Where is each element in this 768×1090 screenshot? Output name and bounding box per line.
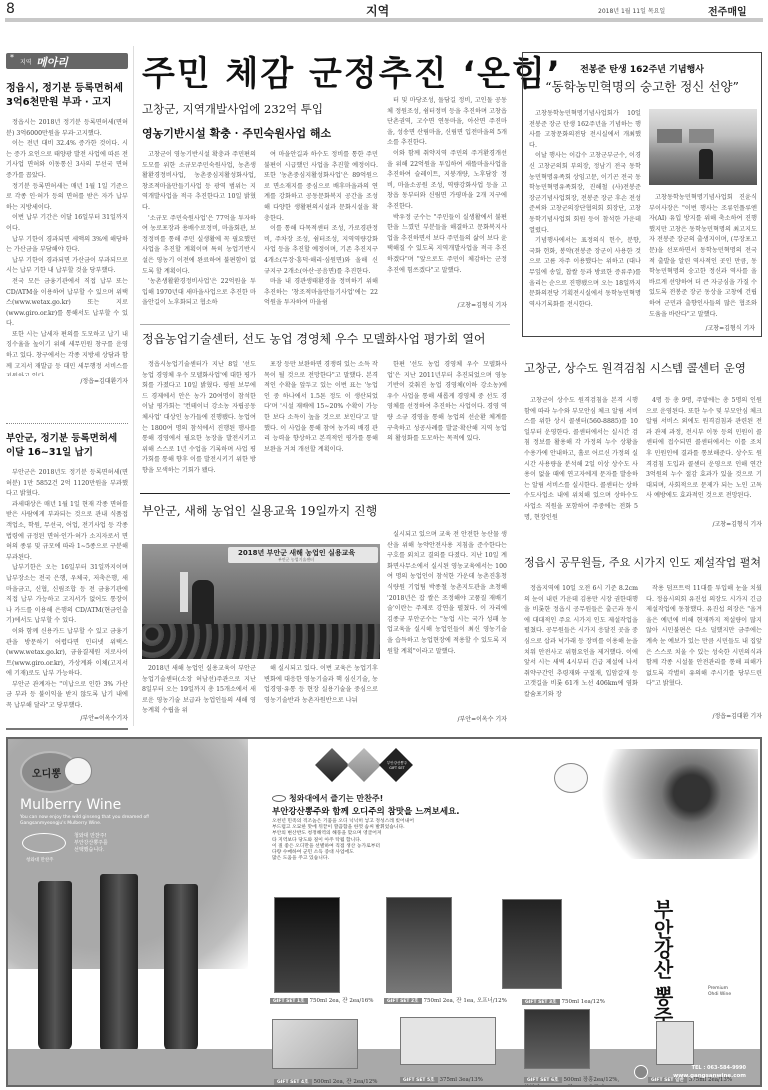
lecture-photo: 2018년 부안군 새해 농업인 실용교육 부안군 농업기술센터 [142,544,380,659]
gift-set-6-image [524,1009,590,1069]
boxed-byline: /고창=김형식 기자 [705,323,755,332]
event-banner: 2018년 부안군 새해 농업인 실용교육 부안군 농업기술센터 [228,547,378,563]
header-bar [5,18,763,22]
main-subhead-1: 고창군, 지역개발사업에 232억 투입 [142,101,323,117]
painting-2 [689,129,714,143]
boxed-col2: 고창동학농민혁명기념사업회 진윤식 부이사장은 "이번 행사는 조류인플루엔자(… [649,193,757,319]
brand-title: Mulberry Wine [20,797,121,813]
article-body: 정읍시는 2018년 정기분 등록면허세(면허분) 3억6000만원을 부과·고… [6,118,128,376]
phone-number: TEL : 063-584-9990 [692,1065,746,1071]
byline: /정읍=김대환기자 [6,376,128,385]
leaf-diamond-image [347,748,381,782]
main-article-col2: 여 마을안길과 하수도 정비를 통한 주민불편이 시급했던 사업을 추진할 예정… [264,150,378,308]
article-jeongeup-license-tax: 정읍시, 정기분 등록면허세 3억6천만원 부과 · 고지 정읍시는 2018년… [6,82,128,385]
section-title: 지역 [366,2,389,19]
boxed-col1: 고창동학농민혁명기념사업회가 10일 전봉준 장군 탄생 162주년을 기념하는… [529,109,641,327]
headline: 정읍시, 정기분 등록면허세 3억6천만원 부과 · 고지 [6,82,128,110]
jeongeup-tech-headline: 정읍농업기술센터, 선도 농업 경영체 우수 모델화사업 평가회 열어 [142,330,486,347]
mascot-character [554,763,588,793]
flag [180,572,188,612]
column-label-prefix: 지역 [20,57,32,66]
gift-set-4-label: GIFT SET 4호500ml 2ea, 잔 2ea/12% [274,1077,377,1085]
gift-set-2-image [386,897,452,993]
banner-subtext: 부안군 농업기술센터 [278,557,314,563]
mulberry-image [592,749,758,859]
painting-1 [657,129,682,143]
company-emblem-icon [634,1065,648,1079]
ad-headline-2: 부안강산뽕주와 함께 오디주의 참맛을 느껴보세요. [272,805,460,817]
divider [6,423,128,424]
gift-set-1-image [274,897,340,993]
mulberry-diamond-image [315,748,349,782]
diamond-label: 부안강산뽕주 GIFT SET [378,761,416,771]
buan-edu-headline: 부안군, 새해 농업인 실용교육 19일까지 진행 [142,502,377,519]
gift-set-3-image [502,899,562,989]
main-article-col1: 고창군이 영농기반시설 확충과 주민편의도모를 위한 소규모주민숙원사업, 농촌… [142,150,256,308]
jeongeup-tech-col1: 정읍시농업기술센터가 지난 8일 '선도 농업 경영체 우수 모델화사업'에 대… [142,360,256,486]
gift-set-6-label: GIFT SET 6호500ml 장흥2ea/12%, 복분자1ea/13%, … [524,1075,624,1087]
boxed-headline: “동학농민혁명의 숭고한 정신 선양” [523,77,761,95]
column-label-title: 메아리 [36,54,68,70]
ad-headline-1: 청와대에서 즐기는 만찬주! [272,793,383,804]
lecturer [192,580,214,628]
buan-edu-col2: 해 실시되고 있다. 이번 교육은 농업기후변화에 대응한 영농기술과 핵 심신… [264,664,378,724]
ceremony-photo [649,109,757,185]
blue-house-label: 청와대 만찬주 [26,857,54,863]
byline: /부안=이옥수기자 [6,713,128,722]
tagline-1: You can now enjoy the wild ginseng that … [20,815,150,820]
section-rule [140,493,510,494]
jeongeup-snow-headline: 정읍시 공무원들, 주요 시가지 인도 제설작업 펼쳐 [524,554,761,570]
page-number: 8 [6,1,15,17]
section-rule [140,324,510,325]
person-bowing [699,149,713,179]
premium-label: Premium Ohdi Wine [708,986,731,998]
buan-edu-col1: 2018년 새해 농업인 실용교육이 부안군 농업기술센터(소장 허남선)주관으… [142,664,256,724]
gift-set-5-image [400,1017,496,1065]
jeongeup-snow-col1: 정읍지역에 10일 오전 6시 기준 8.2cm의 눈이 내린 가운데 김용만 … [524,584,638,720]
headline: 부안군, 정기분 등록면허세 이달 16~31일 납기 [6,432,128,460]
blue-house-emblem-icon [272,795,286,802]
main-byline: /고창=김형식 기자 [387,300,507,309]
gochang-water-byline: /고창=김형식 기자 [646,519,762,528]
asterisk-icon: * [10,53,14,62]
column-label: * 지역 메아리 [6,53,128,69]
jeongeup-snow-byline: /정읍=김대환 기자 [646,711,762,720]
mulberry-wine-ad[interactable]: 오디뽕 Mulberry Wine You can now enjoy the … [6,737,762,1087]
left-bottom-rule [6,728,128,730]
blue-house-emblem-icon [22,833,66,853]
wine-bottle [164,884,198,1052]
article-buan-license-tax: 부안군, 정기분 등록면허세 이달 16~31일 납기 부안군은 2018년도 … [6,432,128,722]
main-headline: 주민 체감 군정추진 ‘온힘’ [142,46,562,95]
gift-set-3-label: GIFT SET 3호750ml 1ea/12% [522,999,605,1005]
gochang-water-headline: 고창군, 상수도 원격검침 시스템 콜센터 운영 [524,360,746,376]
gochang-water-col1: 고창군이 상수도 원격검침을 본격 시행함에 따라 누수와 부모안심 체크 알림… [524,396,638,536]
column-divider [133,46,134,726]
jeongeup-snow-col2: 작용 덤프트럭 11대를 투입해 눈을 치웠다. 정읍시의회 유진섭 의장도 시… [646,584,762,709]
paper-name: 전주매일 [708,3,747,18]
gift-set-2-label: GIFT SET 2호750ml 2ea, 잔 1ea, 오프너/12% [384,996,507,1004]
jeongeup-tech-col3: 한편 '선도 농업 경영체 우수 모델화사업'은 지난 2011년부터 추진되었… [387,360,507,486]
article-body: 부안군은 2018년도 정기분 등록면허세(면허분) 1만 5852건 2억 1… [6,468,128,713]
main-article-col3: 터 및 마당조성, 돌담길 정비, 고인돌 공동체 정원조성, 쉼터정비 등을 … [387,96,507,298]
main-subhead-2: 영농기반시설 확충 · 주민숙원사업 해소 [142,125,331,141]
blue-house-text: 청와대 만찬주! 부안강산뽕주를 선택했습니다. [74,833,108,854]
gift-set-5-label: GIFT SET 5호375ml 3ea/13% [400,1077,483,1083]
gift-set-4-image [272,1019,358,1069]
boxed-article: 전봉준 탄생 162주년 기념행사 “동학농민혁명의 숭고한 정신 선양” 고창… [522,52,762,337]
issue-date: 2018년 1월 11일 목요일 [598,6,665,15]
gift-set-general-image [656,1021,694,1065]
audience [142,624,380,659]
gochang-water-col2: 4명 등 총 9명, 주말에는 총 5명의 인원으로 운영된다. 또한 누수 및… [646,396,762,514]
wine-bottle [100,874,138,1054]
tagline-2: Gangsanmyeongju's Mulberry Wine. [20,821,101,826]
jeongeup-tech-col2: 포장 등만 보완하면 경쟁력 있는 소득 작목이 될 것으로 전망한다"고 말했… [264,360,378,486]
wine-bottle [38,881,72,1051]
buan-edu-col3: 실시되고 있으며 교육 전 안전한 농산물 생산을 위해 농약안전사용 지침을 … [387,530,507,712]
gift-set-1-label: GIFT SET 1호750ml 2ea, 잔 2ea/16% [270,996,373,1004]
kicker: 전봉준 탄생 162주년 기념행사 [523,62,761,75]
website-link[interactable]: www.gangsanwine.com [673,1073,746,1079]
buan-edu-byline: /부안=이옥수 기자 [387,714,507,723]
ad-copy: 오천년 민족의 격조높은 기품을 오디 넉넉히 넣고 정성스레 빚어내어 부드럽… [272,819,414,862]
product-brand-calligraphy: 부안강산 뽕주 [648,899,677,1026]
mascot-icon [64,757,92,785]
